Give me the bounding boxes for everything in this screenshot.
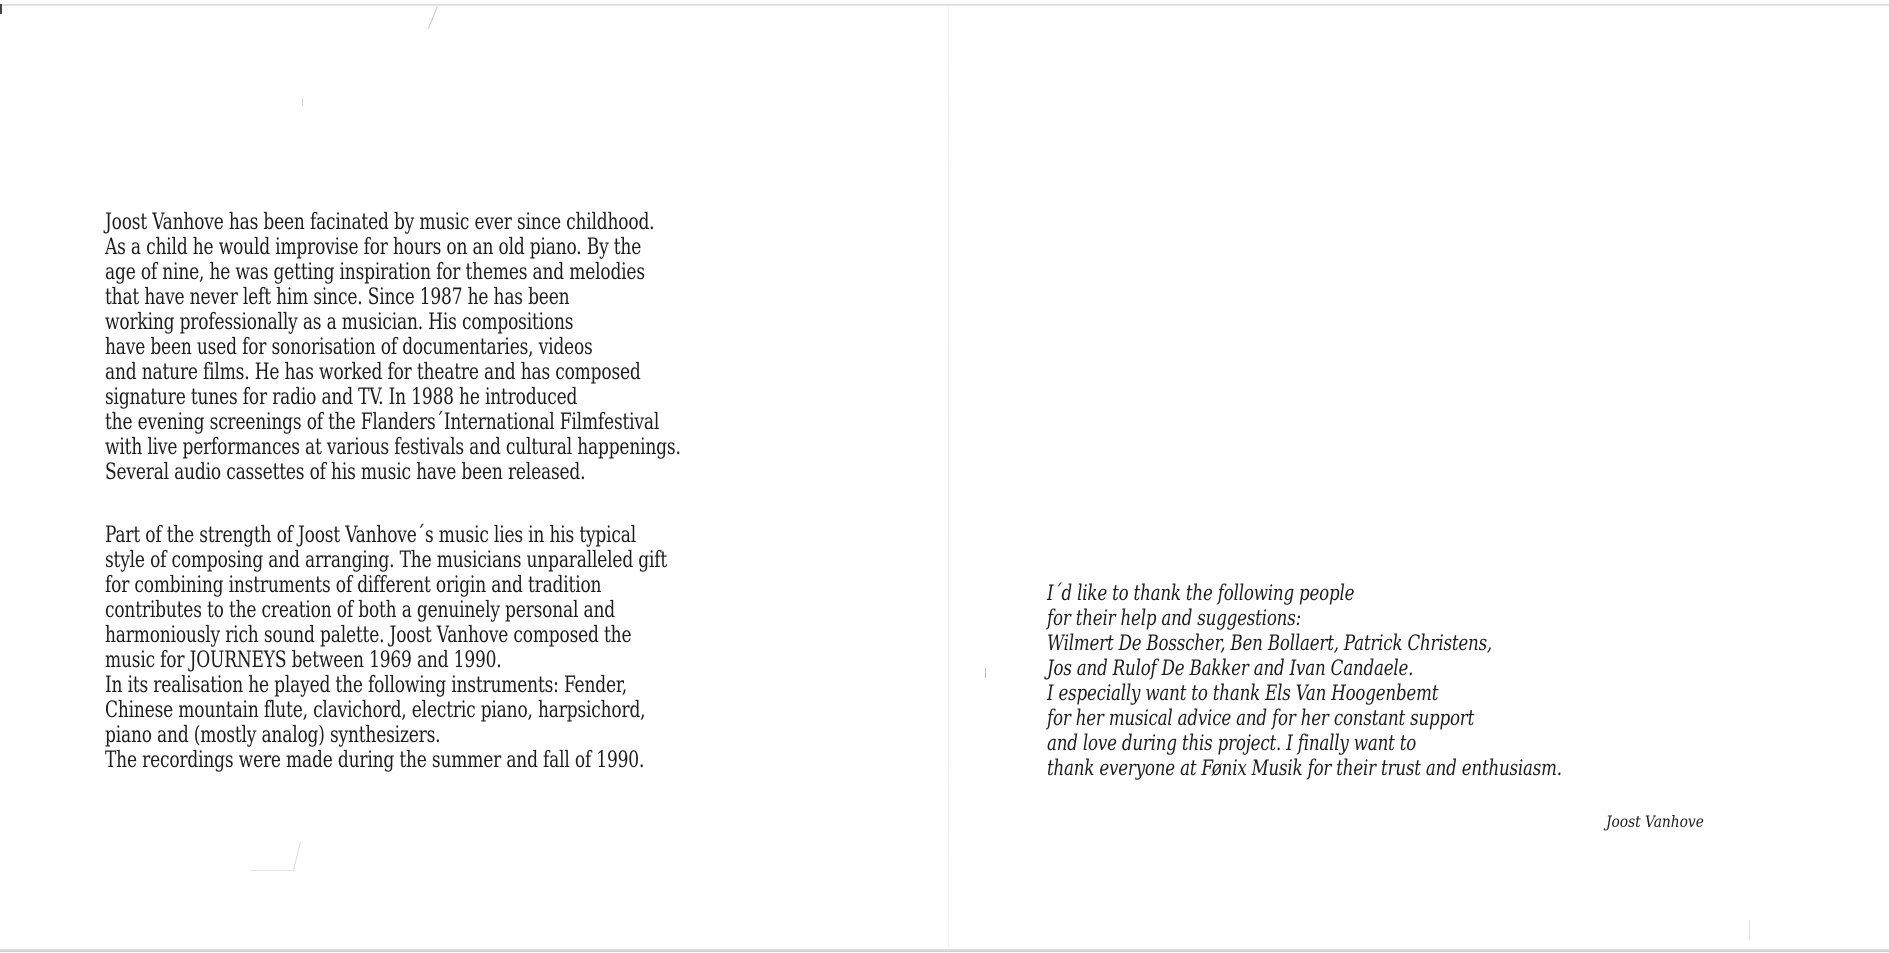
text-line: I´d like to thank the following people (1047, 581, 1718, 606)
text-line: the evening screenings of the Flanders´I… (105, 410, 776, 435)
text-line: working professionally as a musician. Hi… (105, 310, 776, 335)
text-line: I especially want to thank Els Van Hooge… (1047, 681, 1718, 706)
text-line: Chinese mountain flute, clavichord, elec… (105, 698, 776, 723)
text-line: have been used for sonorisation of docum… (105, 335, 776, 360)
scan-artifact (302, 98, 303, 106)
text-line: music for JOURNEYS between 1969 and 1990… (105, 648, 776, 673)
text-line: The recordings were made during the summ… (105, 748, 776, 773)
text-line: and love during this project. I finally … (1047, 731, 1718, 756)
biography-paragraph-1: Joost Vanhove has been facinated by musi… (105, 210, 885, 485)
text-line: As a child he would improvise for hours … (105, 235, 776, 260)
text-line: Wilmert De Bosscher, Ben Bollaert, Patri… (1047, 631, 1718, 656)
text-line: piano and (mostly analog) synthesizers. (105, 723, 776, 748)
text-line: style of composing and arranging. The mu… (105, 548, 776, 573)
text-line: Joost Vanhove has been facinated by musi… (105, 210, 776, 235)
text-line: for combining instruments of different o… (105, 573, 776, 598)
text-line: that have never left him since. Since 19… (105, 285, 776, 310)
scan-artifact (985, 668, 986, 678)
text-line: thank everyone at Fønix Musik for their … (1047, 756, 1718, 781)
scan-artifact (428, 6, 438, 29)
scan-artifact (293, 842, 301, 871)
acknowledgements-paragraph: I´d like to thank the following people f… (1047, 581, 1827, 781)
text-line: harmoniously rich sound palette. Joost V… (105, 623, 776, 648)
text-line: In its realisation he played the followi… (105, 673, 776, 698)
biography-paragraph-2: Part of the strength of Joost Vanhove´s … (105, 523, 885, 773)
text-line: signature tunes for radio and TV. In 198… (105, 385, 776, 410)
text-line: and nature films. He has worked for thea… (105, 360, 776, 385)
scan-artifact (1749, 920, 1750, 940)
text-line: contributes to the creation of both a ge… (105, 598, 776, 623)
scan-edge-mark (0, 4, 2, 14)
acknowledgements-column: I´d like to thank the following people f… (1047, 581, 1827, 781)
biography-column: Joost Vanhove has been facinated by musi… (105, 210, 885, 773)
text-line: Part of the strength of Joost Vanhove´s … (105, 523, 776, 548)
scan-edge-bottom (0, 949, 1889, 952)
scan-edge-top (0, 4, 1889, 6)
author-signature: Joost Vanhove (1606, 812, 1704, 832)
text-line: Several audio cassettes of his music hav… (105, 460, 776, 485)
text-line: Jos and Rulof De Bakker and Ivan Candael… (1047, 656, 1718, 681)
scan-artifact (250, 870, 295, 871)
booklet-spread: Joost Vanhove has been facinated by musi… (0, 0, 1889, 953)
text-line: with live performances at various festiv… (105, 435, 776, 460)
page-fold-line (948, 6, 949, 949)
text-line: for their help and suggestions: (1047, 606, 1718, 631)
text-line: for her musical advice and for her const… (1047, 706, 1718, 731)
text-line: age of nine, he was getting inspiration … (105, 260, 776, 285)
